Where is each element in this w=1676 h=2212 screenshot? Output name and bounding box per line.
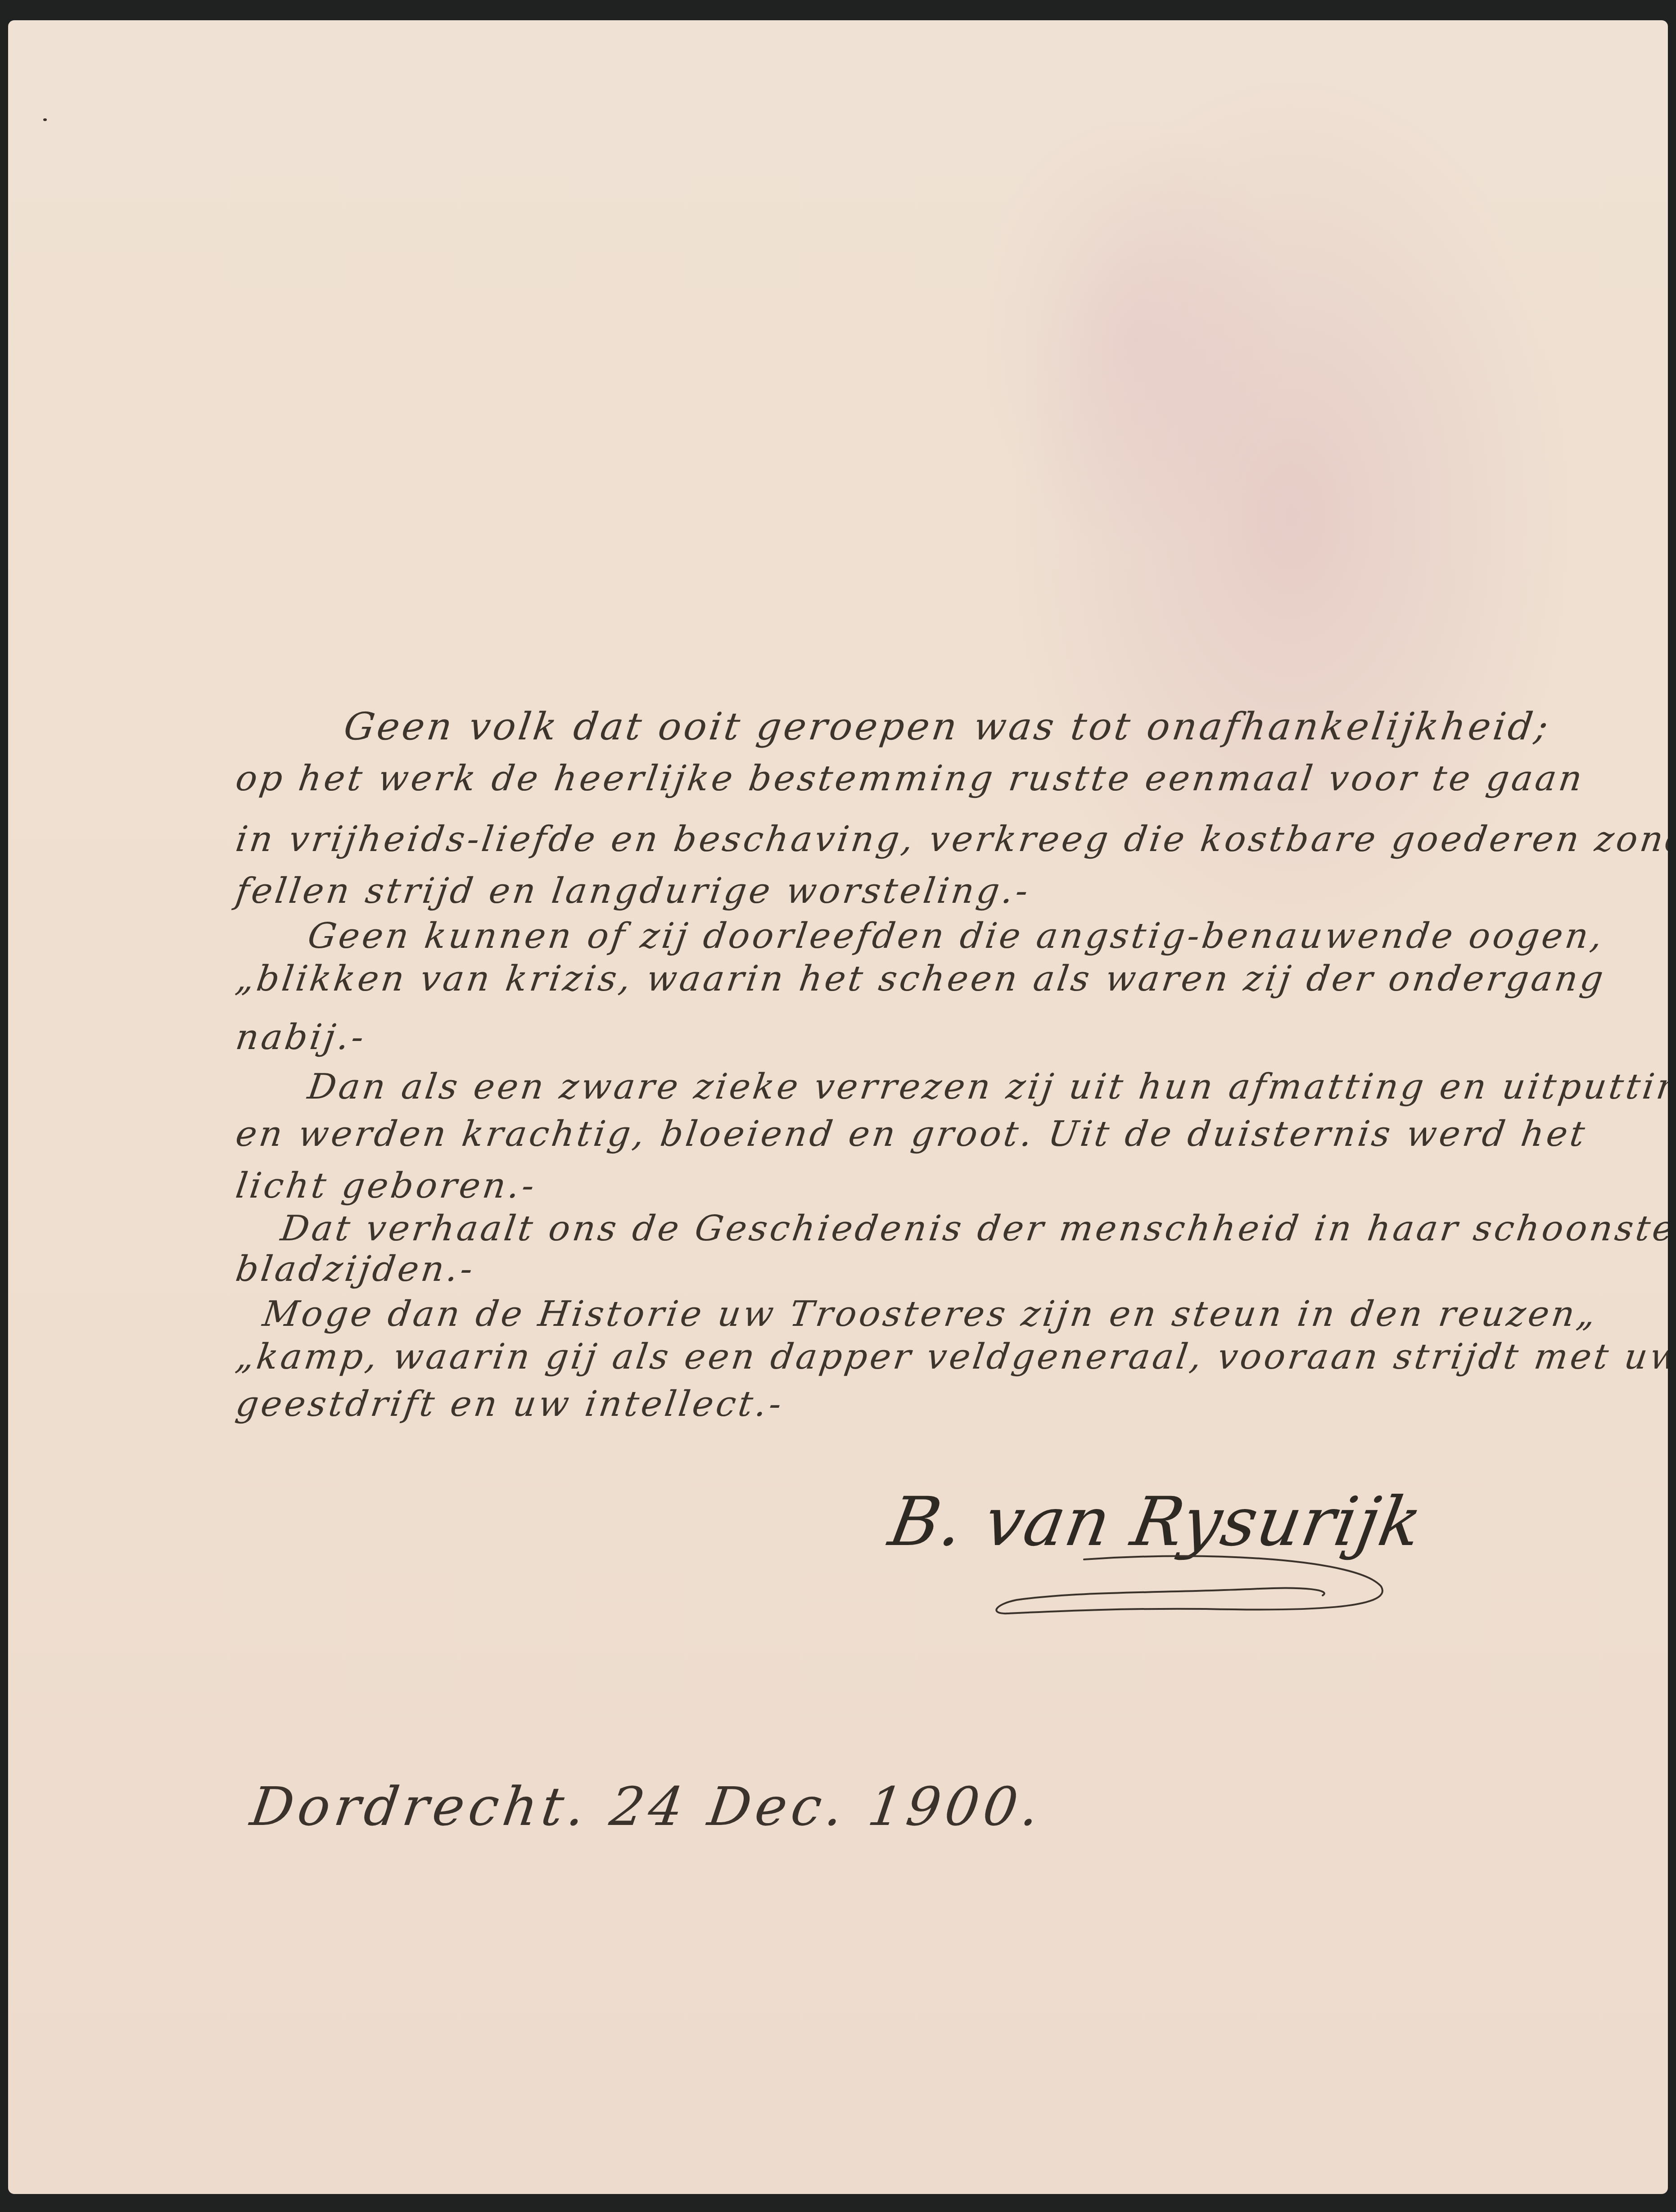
body-line-9: en werden krachtig, bloeiend en groot. U… [233, 1114, 1590, 1154]
body-line-7: nabij.- [233, 1017, 369, 1058]
signature-flourish [989, 1532, 1395, 1618]
body-line-12: bladzijden.- [233, 1249, 478, 1289]
body-line-13: Moge dan de Historie uw Troosteres zijn … [260, 1294, 1601, 1334]
body-line-2: op het werk de heerlijke bestemming rust… [233, 758, 1587, 799]
place-date: Dordrecht. 24 Dec. 1900. [247, 1775, 1048, 1838]
ink-speck [43, 118, 47, 121]
body-line-10: licht geboren.- [233, 1166, 539, 1206]
body-line-3: in vrijheids-liefde en beschaving, verkr… [233, 819, 1668, 860]
letter-page: Geen volk dat ooit geroepen was tot onaf… [8, 20, 1668, 2194]
body-line-5: Geen kunnen of zij doorleefden die angst… [305, 916, 1608, 956]
body-line-11: Dat verhaalt ons de Geschiedenis der men… [278, 1208, 1668, 1249]
body-line-15: geestdrift en uw intellect.- [233, 1384, 786, 1424]
body-line-14: „kamp, waarin gij als een dapper veldgen… [233, 1337, 1668, 1377]
body-line-8: Dan als een zware zieke verrezen zij uit… [305, 1067, 1668, 1107]
body-line-6: „blikken van krizis, waarin het scheen a… [233, 959, 1608, 999]
body-line-4: fellen strijd en langdurige worsteling.- [233, 871, 1033, 911]
body-line-1: Geen volk dat ooit geroepen was tot onaf… [341, 704, 1554, 748]
